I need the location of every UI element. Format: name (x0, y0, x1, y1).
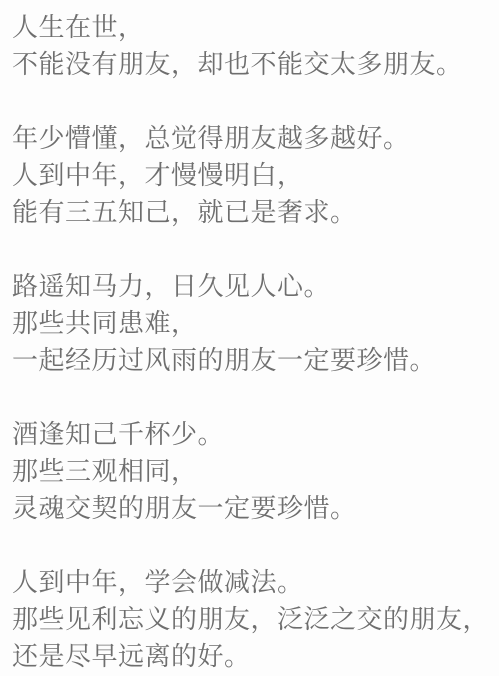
text-line: 灵魂交契的朋友一定要珍惜。 (12, 490, 491, 527)
text-line: 酒逢知己千杯少。 (12, 416, 491, 453)
text-line: 人到中年，学会做减法。 (12, 564, 491, 601)
paragraph: 人生在世， 不能没有朋友，却也不能交太多朋友。 (12, 9, 491, 83)
text-line: 年少懵懂，总觉得朋友越多越好。 (12, 120, 491, 157)
text-line: 能有三五知己，就已是奢求。 (12, 194, 491, 231)
paragraph: 年少懵懂，总觉得朋友越多越好。 人到中年，才慢慢明白， 能有三五知己，就已是奢求… (12, 120, 491, 231)
text-line: 路遥知马力，日久见人心。 (12, 268, 491, 305)
text-line: 一起经历过风雨的朋友一定要珍惜。 (12, 342, 491, 379)
text-line: 那些三观相同， (12, 453, 491, 490)
paragraph: 酒逢知己千杯少。 那些三观相同， 灵魂交契的朋友一定要珍惜。 (12, 416, 491, 527)
paragraph: 路遥知马力，日久见人心。 那些共同患难， 一起经历过风雨的朋友一定要珍惜。 (12, 268, 491, 379)
text-line: 还是尽早远离的好。 (12, 638, 491, 675)
text-page: 人生在世， 不能没有朋友，却也不能交太多朋友。 年少懵懂，总觉得朋友越多越好。 … (0, 0, 499, 676)
paragraph: 人到中年，学会做减法。 那些见利忘义的朋友，泛泛之交的朋友， 还是尽早远离的好。 (12, 564, 491, 675)
text-line: 那些见利忘义的朋友，泛泛之交的朋友， (12, 601, 491, 638)
text-line: 人到中年，才慢慢明白， (12, 157, 491, 194)
text-line: 人生在世， (12, 9, 491, 46)
text-line: 那些共同患难， (12, 305, 491, 342)
text-line: 不能没有朋友，却也不能交太多朋友。 (12, 46, 491, 83)
